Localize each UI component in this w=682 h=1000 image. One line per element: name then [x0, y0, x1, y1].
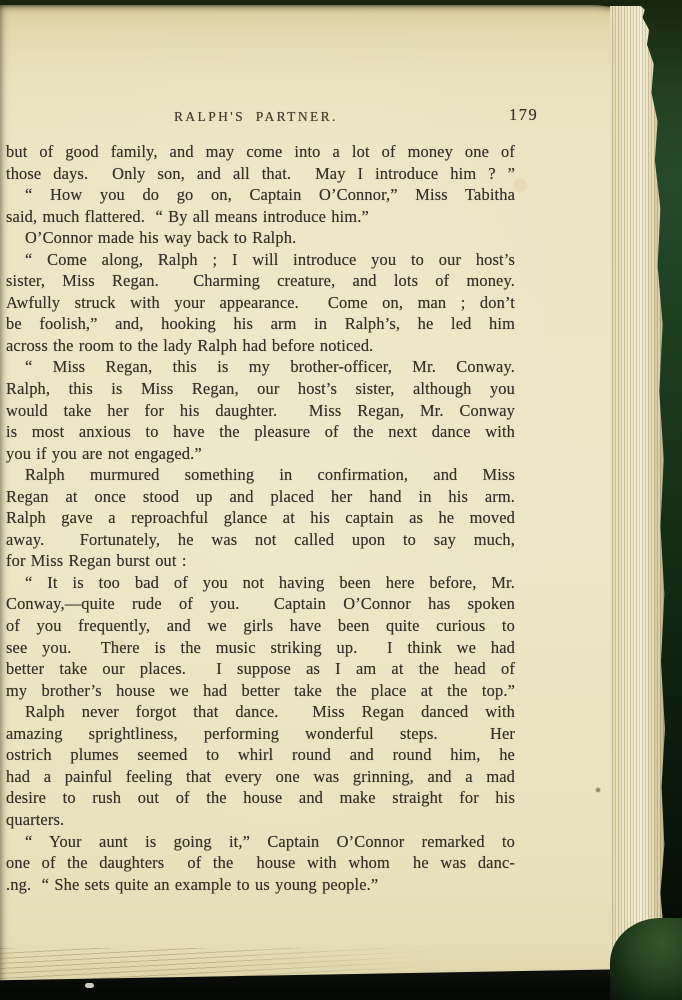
text-line: you if you are not engaged.”: [6, 443, 515, 465]
text-line: of you frequently, and we girls have bee…: [6, 615, 515, 637]
text-line: .ng. “ She sets quite an example to us y…: [6, 874, 515, 896]
text-line: Ralph never forgot that dance. Miss Rega…: [6, 701, 515, 723]
page-fore-edge: [610, 6, 666, 970]
text-line: is most anxious to have the pleasure of …: [6, 421, 515, 443]
text-line: one of the daughters of the house with w…: [6, 852, 515, 874]
text-line: Conway,—quite rude of you. Captain O’Con…: [6, 593, 515, 615]
text-line: “ It is too bad of you not having been h…: [6, 572, 515, 594]
text-line: “ Your aunt is going it,” Captain O’Conn…: [6, 831, 515, 853]
text-line: but of good family, and may come into a …: [6, 141, 515, 163]
page-text: but of good family, and may come into a …: [6, 141, 515, 895]
text-line: my brother’s house we had better take th…: [6, 680, 515, 702]
text-line: away. Fortunately, he was not called upo…: [6, 529, 515, 551]
text-line: quarters.: [6, 809, 515, 831]
text-line: Regan at once stood up and placed her ha…: [6, 486, 515, 508]
text-line: had a painful feeling that every one was…: [6, 766, 515, 788]
text-line: ostrich plumes seemed to whirl round and…: [6, 744, 515, 766]
text-line: be foolish,” and, hooking his arm in Ral…: [6, 313, 515, 335]
text-line: desire to rush out of the house and make…: [6, 787, 515, 809]
text-line: sister, Miss Regan. Charming creature, a…: [6, 270, 515, 292]
text-line: “ Miss Regan, this is my brother-officer…: [6, 356, 515, 378]
paper-speck: [85, 983, 94, 988]
text-line: those days. Only son, and all that. May …: [6, 163, 515, 185]
text-line: see you. There is the music striking up.…: [6, 637, 515, 659]
text-line: said, much flattered. “ By all means int…: [6, 206, 515, 228]
text-line: “ How you do go on, Captain O’Connor,” M…: [6, 184, 515, 206]
book-page: RALPH'S PARTNER. 179 but of good family,…: [0, 5, 632, 983]
text-line: would take her for his daughter. Miss Re…: [6, 400, 515, 422]
text-line: Ralph gave a reproachful glance at his c…: [6, 507, 515, 529]
book-photo: RALPH'S PARTNER. 179 but of good family,…: [0, 0, 682, 1000]
text-line: across the room to the lady Ralph had be…: [6, 335, 515, 357]
text-line: better take our places. I suppose as I a…: [6, 658, 515, 680]
text-line: Ralph murmured something in confirmation…: [6, 464, 515, 486]
page-number: 179: [509, 105, 538, 125]
running-title: RALPH'S PARTNER.: [174, 109, 338, 125]
text-line: Ralph, this is Miss Regan, our host’s si…: [6, 378, 515, 400]
text-line: O’Connor made his way back to Ralph.: [6, 227, 515, 249]
text-line: Awfully struck with your appearance. Com…: [6, 292, 515, 314]
text-line: for Miss Regan burst out :: [6, 550, 515, 572]
text-line: “ Come along, Ralph ; I will introduce y…: [6, 249, 515, 271]
text-line: amazing sprightliness, performing wonder…: [6, 723, 515, 745]
